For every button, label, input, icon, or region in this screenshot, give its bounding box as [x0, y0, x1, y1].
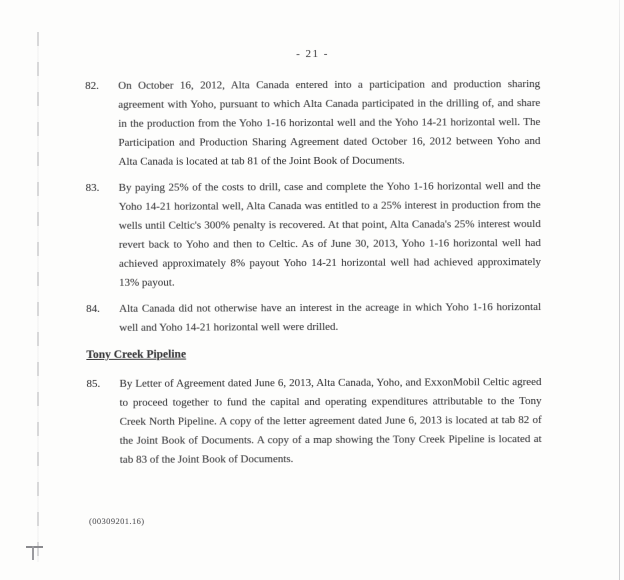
section-heading-tony-creek-pipeline: Tony Creek Pipeline	[86, 344, 541, 365]
paragraph-number: 85.	[86, 375, 119, 470]
paragraph-text: On October 16, 2012, Alta Canada entered…	[118, 75, 540, 172]
registration-mark-horizontal	[26, 546, 43, 548]
paragraph-83: 83. By paying 25% of the costs to drill,…	[86, 177, 541, 293]
paragraph-number: 83.	[86, 179, 119, 293]
registration-mark-vertical	[32, 546, 34, 560]
document-content: - 21 - 82. On October 16, 2012, Alta Can…	[85, 44, 542, 477]
page-edge-line	[619, 0, 620, 580]
document-page: - 21 - 82. On October 16, 2012, Alta Can…	[0, 0, 624, 580]
paragraph-85: 85. By Letter of Agreement dated June 6,…	[86, 373, 541, 470]
paragraph-number: 84.	[86, 300, 119, 338]
page-number: - 21 -	[85, 44, 540, 65]
paragraph-text: By Letter of Agreement dated June 6, 201…	[119, 373, 541, 470]
paragraph-text: Alta Canada did not otherwise have an in…	[119, 298, 541, 338]
binding-dash-marks	[37, 32, 39, 562]
document-id-footer: (00309201.16)	[89, 516, 145, 526]
paragraph-84: 84. Alta Canada did not otherwise have a…	[86, 298, 541, 338]
paragraph-text: By paying 25% of the costs to drill, cas…	[119, 177, 541, 293]
paragraph-82: 82. On October 16, 2012, Alta Canada ent…	[85, 75, 540, 172]
paragraph-number: 82.	[85, 77, 118, 172]
